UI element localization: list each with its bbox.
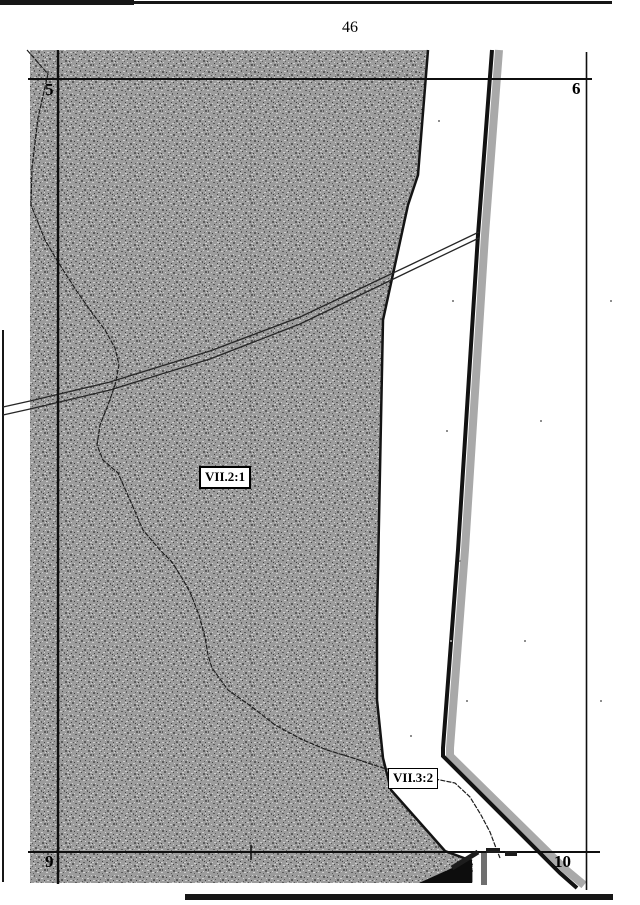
dash-mark-vertical-bar — [481, 853, 487, 885]
scanned-map-page: 46 5 6 9 10 VII.2:1 VII.3:2 — [0, 0, 640, 905]
grid-number-bottom-left: 9 — [45, 853, 54, 870]
site-label-vii-3-2: VII.3:2 — [388, 768, 438, 789]
map-graphic — [0, 0, 640, 905]
stippled-terrain-region — [30, 50, 473, 883]
dash-mark-h1 — [486, 848, 500, 853]
grid-number-bottom-right: 10 — [554, 853, 571, 870]
site-label-vii-2-1: VII.2:1 — [199, 466, 251, 489]
grid-number-top-right: 6 — [572, 80, 581, 97]
grid-number-top-left: 5 — [45, 81, 54, 98]
dash-mark-h2 — [505, 851, 517, 856]
boundary-road-line — [443, 50, 577, 888]
scan-noise-dots — [410, 120, 612, 770]
page-number: 46 — [330, 19, 370, 37]
boundary-road-shadow — [450, 50, 584, 885]
